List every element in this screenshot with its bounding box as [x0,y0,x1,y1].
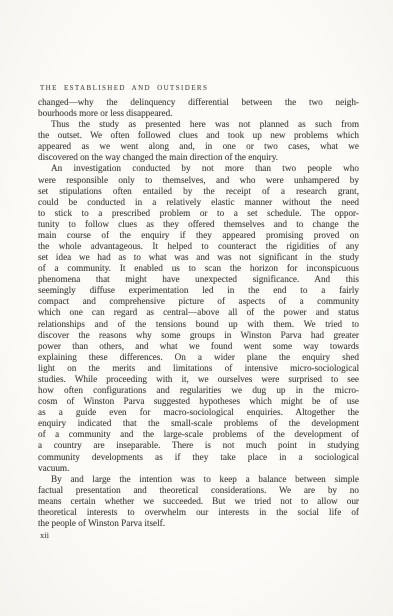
text-line: how often configurations and regularitie… [38,385,359,396]
text-line: of a community and the large-scale probl… [38,429,359,440]
text-line: changed—why the delinquency differential… [38,97,359,108]
text-line: a country are inseparable. There is not … [38,440,359,451]
text-line: were responsible only to themselves, and… [38,175,359,186]
text-line: discover the reasons why some groups in … [38,330,359,341]
page-number: xii [40,530,49,540]
text-line: the outset. We often followed clues and … [38,130,359,141]
text-line: main course of the enquiry if they appea… [38,230,359,241]
text-line: set stipulations often entailed by the r… [38,186,359,197]
text-line: vacuum. [38,463,359,474]
text-line: By and large the intention was to keep a… [38,474,359,485]
text-line: seemingly diffuse experimentation led in… [38,285,359,296]
running-head: THE ESTABLISHED AND OUTSIDERS [40,84,208,92]
text-line: the people of Winston Parva itself. [38,518,359,529]
text-line: discovered on the way changed the main d… [38,152,359,163]
text-line: of a community. It enabled us to scan th… [38,263,359,274]
text-line: means certain whether we succeeded. But … [38,496,359,507]
text-line: could be conducted in a relatively elast… [38,197,359,208]
text-line: An investigation conducted by not more t… [38,163,359,174]
text-line: cosm of Winston Parva suggested hypothes… [38,396,359,407]
text-line: the whole advantageous. It helped to cou… [38,241,359,252]
text-line: bourhoods more or less disappeared. [38,108,359,119]
text-line: compact and comprehensive picture of asp… [38,296,359,307]
text-line: community developments as if they take p… [38,452,359,463]
book-page: THE ESTABLISHED AND OUTSIDERS changed—wh… [0,0,393,616]
text-line: as a guide even for macro-sociological e… [38,407,359,418]
text-line: enquiry indicated that the small-scale p… [38,418,359,429]
text-line: factual presentation and theoretical con… [38,485,359,496]
text-line: Thus the study as presented here was not… [38,119,359,130]
text-line: light on the merits and limitations of i… [38,363,359,374]
text-line: to stick to a prescribed problem or to a… [38,208,359,219]
text-line: studies. While proceeding with it, we ou… [38,374,359,385]
text-line: which one can regard as central—above al… [38,307,359,318]
page-body-text: changed—why the delinquency differential… [38,97,359,529]
text-line: relationships and of the tensions bound … [38,319,359,330]
text-line: phenomena that might have unexpected sig… [38,274,359,285]
text-line: appeared as we went along and, in one or… [38,141,359,152]
text-line: set idea we had as to what was and was n… [38,252,359,263]
text-line: tunity to follow clues as they offered t… [38,219,359,230]
text-line: theoretical interests to overwhelm our i… [38,507,359,518]
text-line: power than others, and what we found wen… [38,341,359,352]
text-line: explaining these differences. On a wider… [38,352,359,363]
